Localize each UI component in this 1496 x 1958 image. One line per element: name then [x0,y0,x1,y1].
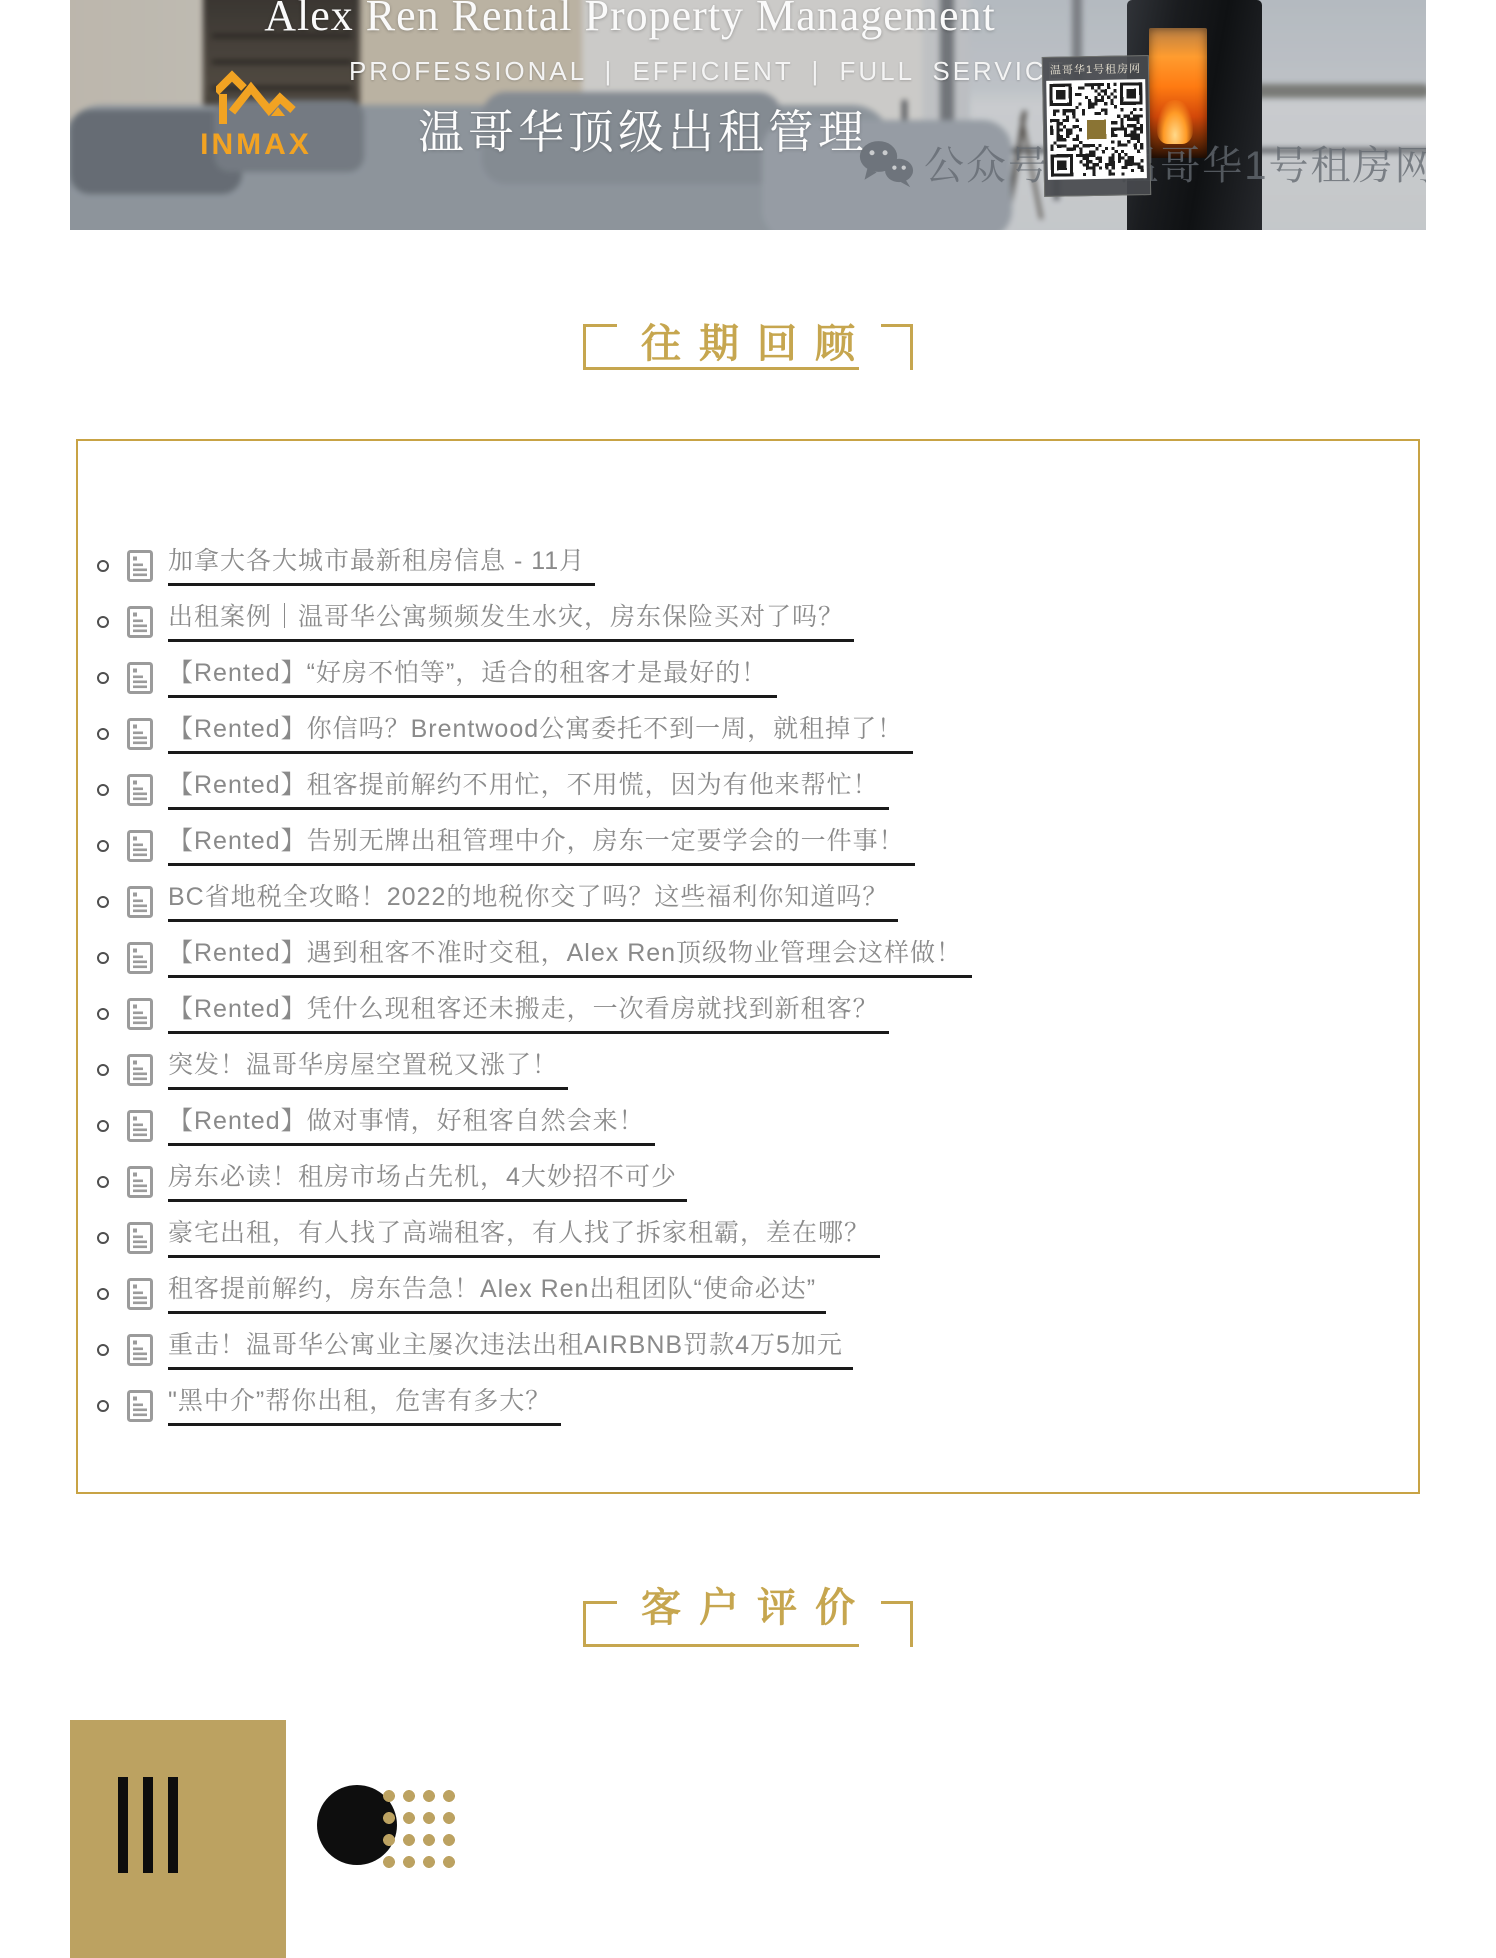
vertical-bars-decoration [118,1777,178,1873]
article-link[interactable]: 【Rented】租客提前解约不用忙，不用慌，因为有他来帮忙！ [168,770,889,810]
bullet-circle-icon [97,840,109,852]
document-icon [127,718,153,750]
section-title-reviews: 客户评价 [583,1582,913,1634]
list-item[interactable]: 突发！温哥华房屋空置税又涨了！ [78,1042,1418,1098]
list-item[interactable]: BC省地税全攻略！2022的地税你交了吗？这些福利你知道吗？ [78,874,1418,930]
article-link[interactable]: 加拿大各大城市最新租房信息 - 11月 [168,546,595,586]
list-item[interactable]: 【Rented】租客提前解约不用忙，不用慌，因为有他来帮忙！ [78,762,1418,818]
article-link[interactable]: 突发！温哥华房屋空置税又涨了！ [168,1050,568,1090]
section-header-past-review: 往期回顾 [583,318,913,370]
article-link[interactable]: 【Rented】告别无牌出租管理中介，房东一定要学会的一件事！ [168,826,915,866]
banner-subtitle: PROFESSIONAL | EFFICIENT | FULL SERVICE [348,56,1068,87]
article-link[interactable]: 租客提前解约，房东告急！Alex Ren出租团队“使命必达” [168,1274,826,1314]
bullet-circle-icon [97,560,109,572]
list-item[interactable]: 【Rented】告别无牌出租管理中介，房东一定要学会的一件事！ [78,818,1418,874]
list-item[interactable]: 出租案例｜温哥华公寓频频发生水灾，房东保险买对了吗？ [78,594,1418,650]
banner-cn-title: 温哥华顶级出租管理 [418,96,868,162]
bullet-circle-icon [97,728,109,740]
wechat-icon [858,138,914,188]
bullet-circle-icon [97,672,109,684]
document-icon [127,606,153,638]
inmax-logo: INMAX [188,70,324,162]
article-link[interactable]: 【Rented】遇到租客不准时交租，Alex Ren顶级物业管理会这样做！ [168,938,972,978]
list-item[interactable]: 租客提前解约，房东告急！Alex Ren出租团队“使命必达” [78,1266,1418,1322]
inmax-logo-icon [216,70,296,126]
document-icon [127,1110,153,1142]
list-item[interactable]: 豪宅出租，有人找了高端租客，有人找了拆家租霸，差在哪？ [78,1210,1418,1266]
list-item[interactable]: 【Rented】遇到租客不准时交租，Alex Ren顶级物业管理会这样做！ [78,930,1418,986]
qr-code-label: 温哥华1号租房网 [1046,59,1145,81]
list-item[interactable]: 重击！温哥华公寓业主屡次违法出租AIRBNB罚款4万5加元 [78,1322,1418,1378]
document-icon [127,1054,153,1086]
bullet-circle-icon [97,1176,109,1188]
bullet-circle-icon [97,616,109,628]
header-banner: Alex Ren Rental Property Management PROF… [70,0,1426,230]
document-icon [127,662,153,694]
article-link[interactable]: 豪宅出租，有人找了高端租客，有人找了拆家租霸，差在哪？ [168,1218,880,1258]
list-item[interactable]: 【Rented】做对事情，好租客自然会来！ [78,1098,1418,1154]
document-icon [127,942,153,974]
section-header-reviews: 客户评价 [583,1595,913,1647]
circle-dots-decoration [317,1785,467,1877]
bullet-circle-icon [97,1288,109,1300]
list-item[interactable]: "黑中介”帮你出租，危害有多大？ [78,1378,1418,1434]
article-link[interactable]: "黑中介”帮你出租，危害有多大？ [168,1386,561,1426]
document-icon [127,1278,153,1310]
banner-title: Alex Ren Rental Property Management [240,0,1020,41]
article-link[interactable]: 【Rented】凭什么现租客还未搬走，一次看房就找到新租客？ [168,994,889,1034]
article-link[interactable]: 【Rented】“好房不怕等”，适合的租客才是最好的！ [168,658,777,698]
gold-dots-grid [379,1785,459,1873]
document-icon [127,886,153,918]
list-item[interactable]: 【Rented】“好房不怕等”，适合的租客才是最好的！ [78,650,1418,706]
document-icon [127,1390,153,1422]
list-item[interactable]: 【Rented】你信吗？Brentwood公寓委托不到一周，就租掉了！ [78,706,1418,762]
document-icon [127,998,153,1030]
document-icon [127,774,153,806]
list-item[interactable]: 房东必读！租房市场占先机，4大妙招不可少 [78,1154,1418,1210]
inmax-logo-text: INMAX [188,128,324,162]
list-item[interactable]: 加拿大各大城市最新租房信息 - 11月 [78,538,1418,594]
document-icon [127,830,153,862]
gold-square-decoration [70,1720,286,1958]
document-icon [127,1166,153,1198]
document-icon [127,550,153,582]
article-link[interactable]: 房东必读！租房市场占先机，4大妙招不可少 [168,1162,687,1202]
bullet-circle-icon [97,1064,109,1076]
article-link[interactable]: 【Rented】做对事情，好租客自然会来！ [168,1106,655,1146]
bullet-circle-icon [97,1344,109,1356]
article-link[interactable]: BC省地税全攻略！2022的地税你交了吗？这些福利你知道吗？ [168,882,898,922]
list-item[interactable]: 【Rented】凭什么现租客还未搬走，一次看房就找到新租客？ [78,986,1418,1042]
wechat-account-label: 公众号 ： 温哥华1号租房网 [924,134,1426,191]
document-icon [127,1334,153,1366]
bullet-circle-icon [97,784,109,796]
article-list: 加拿大各大城市最新租房信息 - 11月 出租案例｜温哥华公寓频频发生水灾，房东保… [76,439,1420,1494]
bullet-circle-icon [97,1120,109,1132]
section-title-past-review: 往期回顾 [583,318,913,370]
bullet-circle-icon [97,1008,109,1020]
page: Alex Ren Rental Property Management PROF… [70,0,1426,1958]
bullet-circle-icon [97,1232,109,1244]
qr-code: 温哥华1号租房网 [1042,55,1151,197]
article-link[interactable]: 出租案例｜温哥华公寓频频发生水灾，房东保险买对了吗？ [168,602,854,642]
bullet-circle-icon [97,896,109,908]
bullet-circle-icon [97,1400,109,1412]
article-link[interactable]: 重击！温哥华公寓业主屡次违法出租AIRBNB罚款4万5加元 [168,1330,853,1370]
qr-code-image [1046,79,1147,180]
document-icon [127,1222,153,1254]
bottom-decoration [70,1720,1426,1958]
bullet-circle-icon [97,952,109,964]
article-link[interactable]: 【Rented】你信吗？Brentwood公寓委托不到一周，就租掉了！ [168,714,913,754]
